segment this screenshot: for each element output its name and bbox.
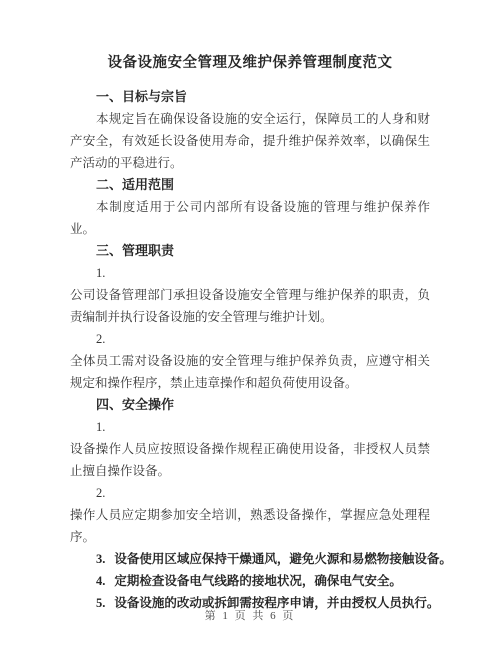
page-number-label: 第 1 页 共 6 页 [205, 610, 296, 622]
item-number: 4. [96, 574, 105, 588]
document-page: 设备设施安全管理及维护保养管理制度范文 一、目标与宗旨 本规定旨在确保设备设施的… [0, 0, 500, 647]
body-paragraph: 本制度适用于公司内部所有设备设施的管理与维护保养作业。 [70, 196, 430, 240]
item-text: 定期检查设备电气线路的接地状况，确保电气安全。 [114, 574, 402, 588]
section-heading-goals: 一、目标与宗旨 [70, 86, 430, 108]
item-paragraph: 操作人员应定期参加安全培训，熟悉设备操作，掌握应急处理程序。 [70, 504, 430, 548]
section-heading-scope: 二、适用范围 [70, 174, 430, 196]
item-paragraph: 设备操作人员应按照设备操作规程正确使用设备，非授权人员禁止擅自操作设备。 [70, 438, 430, 482]
item-paragraph: 全体员工需对设备设施的安全管理与维护保养负责，应遵守相关规定和操作程序，禁止违章… [70, 350, 430, 394]
section-heading-safe-operation: 四、安全操作 [70, 394, 430, 416]
item-number: 1. [70, 262, 430, 284]
item-number: 3. [96, 552, 105, 566]
section-heading-duties: 三、管理职责 [70, 240, 430, 262]
item-number: 2. [70, 482, 430, 504]
item-number: 1. [70, 416, 430, 438]
ordered-item: 3.设备使用区域应保持干燥通风，避免火源和易燃物接触设备。 [70, 548, 430, 570]
item-text: 设备使用区域应保持干燥通风，避免火源和易燃物接触设备。 [114, 552, 452, 566]
ordered-item: 4.定期检查设备电气线路的接地状况，确保电气安全。 [70, 570, 430, 592]
item-paragraph: 公司设备管理部门承担设备设施安全管理与维护保养的职责，负责编制并执行设备设施的安… [70, 284, 430, 328]
document-title: 设备设施安全管理及维护保养管理制度范文 [70, 52, 430, 75]
body-paragraph: 本规定旨在确保设备设施的安全运行，保障员工的人身和财产安全，有效延长设备使用寿命… [70, 108, 430, 174]
page-footer: 第 1 页 共 6 页 [0, 607, 500, 623]
item-number: 2. [70, 328, 430, 350]
